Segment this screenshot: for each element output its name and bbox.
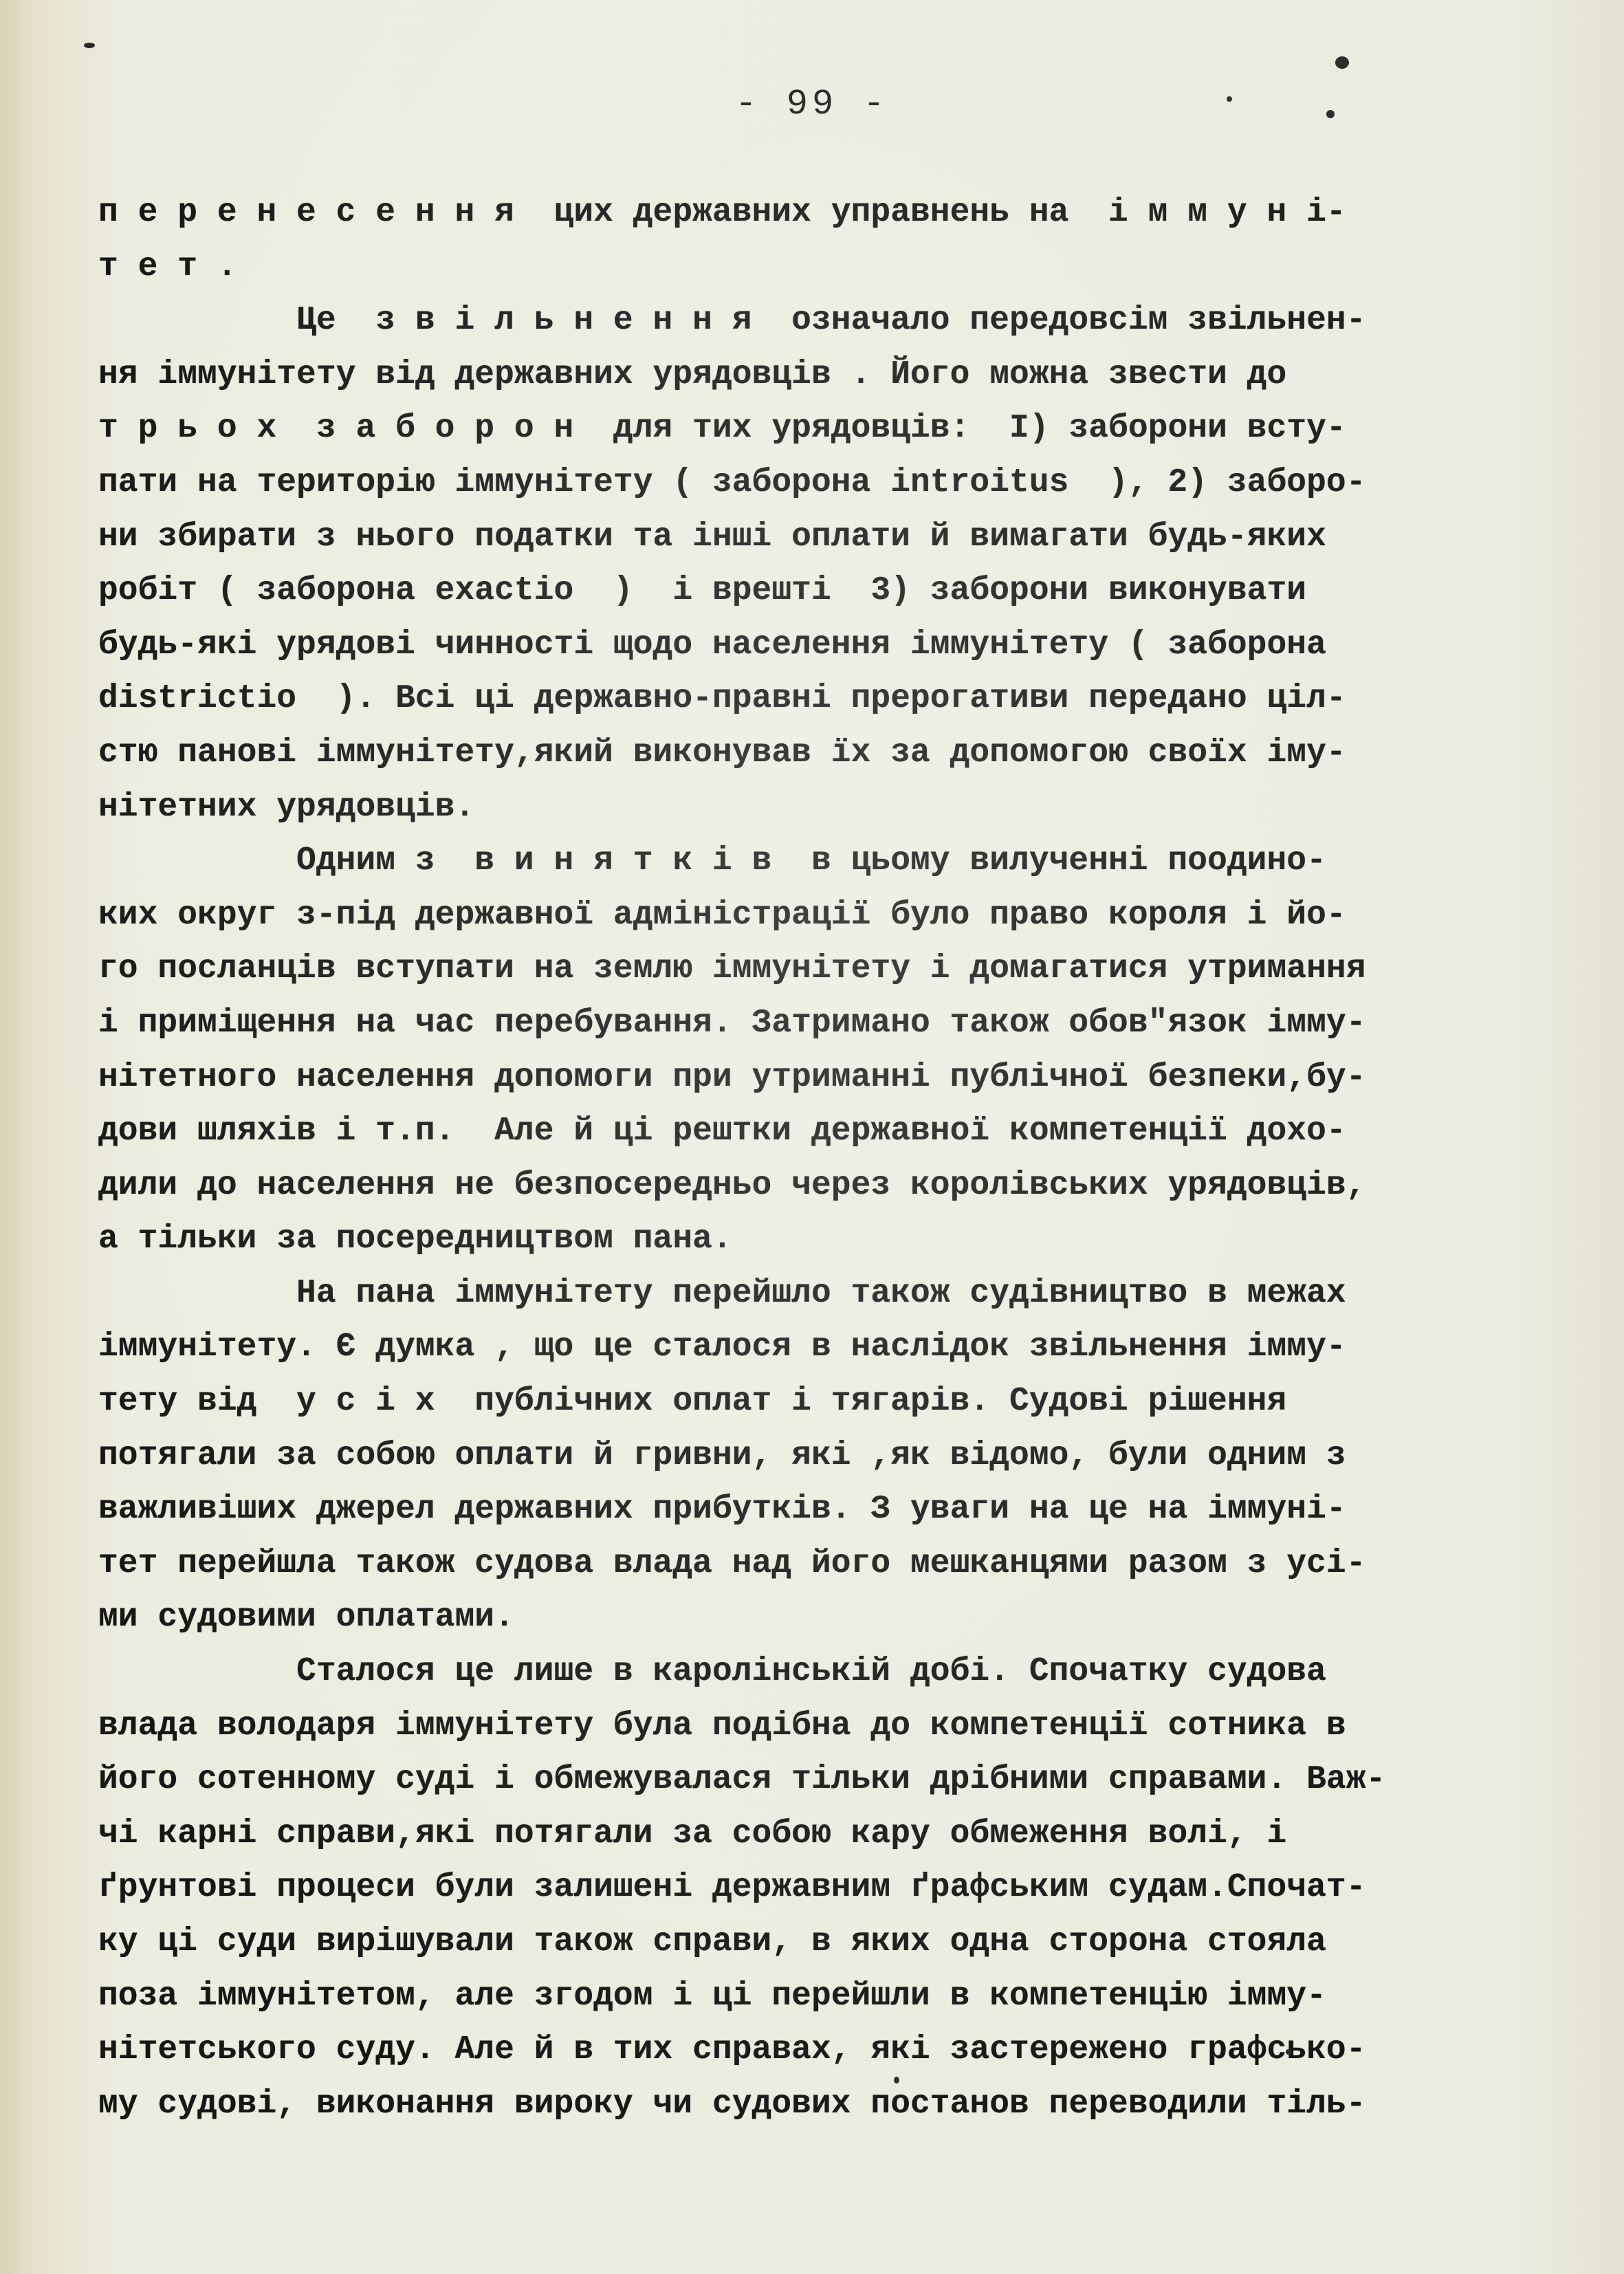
typewritten-body: п е р е н е с е н н я цих державних упра… — [98, 186, 1556, 2131]
ink-speck — [1286, 2049, 1291, 2055]
text-line: важливіших джерел державних прибутків. З… — [98, 1483, 1556, 1537]
text-line: стю панові іммунітету,який виконував їх … — [98, 726, 1556, 780]
text-line: Це з в і л ь н е н н я означало передовс… — [98, 294, 1556, 348]
text-line: потягали за собою оплати й гривни, які ,… — [98, 1429, 1556, 1483]
text-line: п е р е н е с е н н я цих державних упра… — [98, 186, 1556, 240]
text-line: Одним з в и н я т к і в в цьому вилученн… — [98, 834, 1556, 888]
text-line: тету від у с і х публічних оплат і тягар… — [98, 1375, 1556, 1429]
text-line: його сотенному суді і обмежувалася тільк… — [98, 1753, 1556, 1807]
text-line: робіт ( заборона exactio ) і врешті 3) з… — [98, 564, 1556, 618]
text-line: пати на територію іммунітету ( заборона … — [98, 456, 1556, 510]
text-line: ку ці суди вирішували також справи, в як… — [98, 1915, 1556, 1969]
text-line: дили до населення не безпосередньо через… — [98, 1159, 1556, 1213]
text-line: ни збирати з нього податки та інші оплат… — [98, 510, 1556, 565]
text-line: ня іммунітету від державних урядовців . … — [98, 348, 1556, 402]
text-line: будь-які урядові чинності щодо населення… — [98, 618, 1556, 673]
text-line: нітетського суду. Але й в тих справах, я… — [98, 2023, 1556, 2077]
text-line: Сталося це лише в каролінській добі. Спо… — [98, 1645, 1556, 1699]
ink-speck — [1335, 56, 1349, 69]
text-line: нітетного населення допомоги при утриман… — [98, 1051, 1556, 1105]
ink-speck — [1227, 96, 1232, 102]
text-line: нітетних урядовців. — [98, 780, 1556, 835]
text-line: т е т . — [98, 240, 1556, 294]
text-line: тет перейшла також судова влада над його… — [98, 1537, 1556, 1591]
text-line: а тільки за посередництвом пана. — [98, 1212, 1556, 1267]
text-line: поза іммунітетом, але згодом і ці перейш… — [98, 1969, 1556, 2024]
ink-speck — [84, 43, 95, 48]
ink-speck — [1326, 110, 1335, 118]
text-line: districtio ). Всі ці державно-правні пре… — [98, 672, 1556, 726]
text-line: т р ь о х з а б о р о н для тих урядовці… — [98, 402, 1556, 456]
text-line: влада володаря іммунітету була подібна д… — [98, 1699, 1556, 1753]
text-line: іммунітету. Є думка , що це сталося в на… — [98, 1320, 1556, 1375]
text-line: ми судовими оплатами. — [98, 1590, 1556, 1645]
text-line: го посланців вступати на землю іммунітет… — [98, 942, 1556, 996]
text-line: чі карні справи,які потягали за собою ка… — [98, 1807, 1556, 1861]
page-number: - 99 - — [0, 84, 1624, 124]
text-line: му судові, виконання вироку чи судових п… — [98, 2077, 1556, 2132]
scanned-page: - 99 - п е р е н е с е н н я цих державн… — [0, 0, 1624, 2274]
text-line: і приміщення на час перебування. Затрима… — [98, 996, 1556, 1051]
text-line: На пана іммунітету перейшло також судівн… — [98, 1267, 1556, 1321]
text-line: ких округ з-під державної адміністрації … — [98, 888, 1556, 943]
text-line: дови шляхів і т.п. Але й ці рештки держа… — [98, 1104, 1556, 1159]
ink-speck — [894, 2077, 899, 2084]
text-line: ґрунтові процеси були залишені державним… — [98, 1861, 1556, 1915]
